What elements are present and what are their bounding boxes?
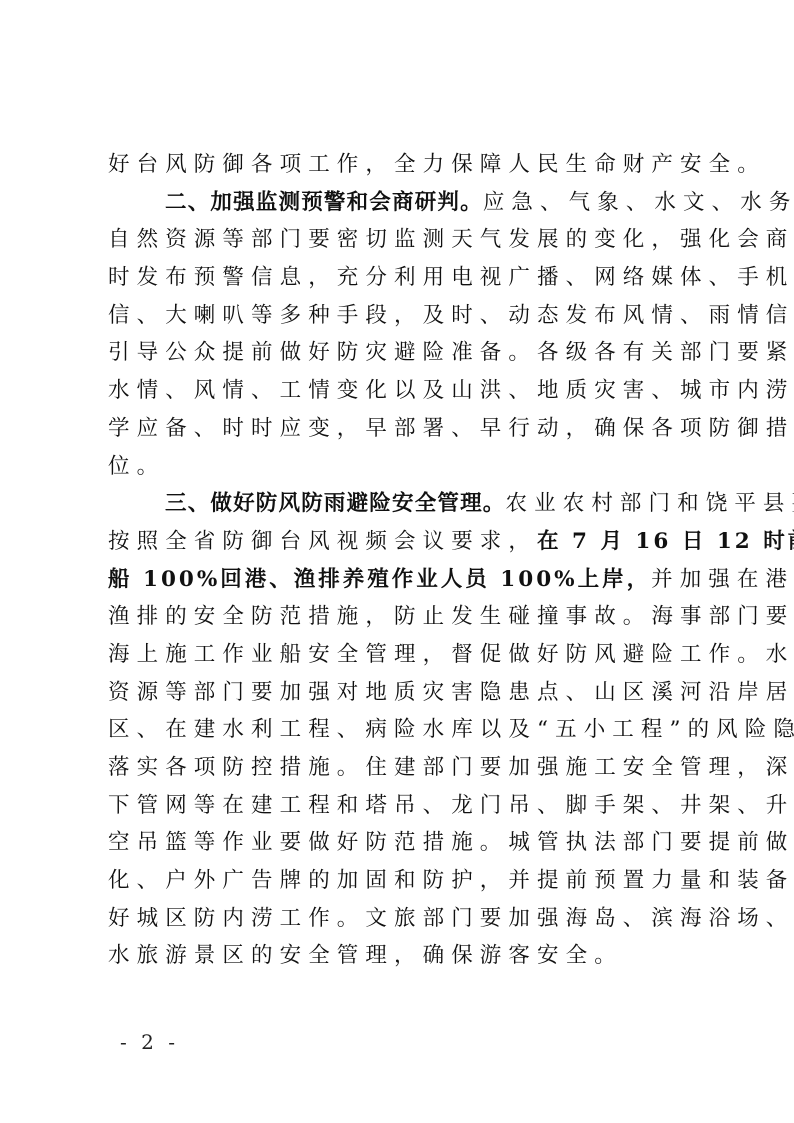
body-text: 自然资源等部门要密切监测天气发展的变化，强化会商研判，及	[108, 227, 794, 252]
text-line: 落实各项防控措施。住建部门要加强施工安全管理，深基坑、地	[108, 749, 714, 787]
body-text: 学应备、时时应变，早部署、早行动，确保各项防御措施落实到	[108, 416, 794, 441]
text-line: 好台风防御各项工作，全力保障人民生命财产安全。	[108, 146, 714, 184]
section-heading: 二、加强监测预警和会商研判。	[165, 190, 483, 215]
text-line: 引导公众提前做好防灾避险准备。各级各有关部门要紧盯雨情、	[108, 334, 714, 372]
body-text: 应急、气象、水文、水务、	[483, 190, 794, 215]
text-line: 好城区防内涝工作。文旅部门要加强海岛、滨海浴场、山区和涉	[108, 900, 714, 938]
body-text: 引导公众提前做好防灾避险准备。各级各有关部门要紧盯雨情、	[108, 340, 794, 365]
body-text: 农业农村部门和饶平县要	[506, 491, 794, 516]
text-line: 三、做好防风防雨避险安全管理。农业农村部门和饶平县要	[108, 485, 714, 523]
text-line: 海上施工作业船安全管理，督促做好防风避险工作。水务、自然	[108, 636, 714, 674]
body-text: 按照全省防御台风视频会议要求，	[108, 529, 537, 554]
page-number: - 2 -	[120, 1030, 179, 1054]
text-line: 水旅游景区的安全管理，确保游客安全。	[108, 937, 714, 975]
body-text: 下管网等在建工程和塔吊、龙门吊、脚手架、井架、升降机、高	[108, 793, 794, 818]
emphasis-text: 在 7 月 16 日 12 时前，全部渔	[537, 529, 794, 554]
text-line: 二、加强监测预警和会商研判。应急、气象、水文、水务、	[108, 184, 714, 222]
body-text: 好城区防内涝工作。文旅部门要加强海岛、滨海浴场、山区和涉	[108, 906, 794, 931]
text-line: 学应备、时时应变，早部署、早行动，确保各项防御措施落实到	[108, 410, 714, 448]
emphasis-text: 船 100%回港、渔排养殖作业人员 100%上岸，	[108, 567, 651, 592]
body-text: 水旅游景区的安全管理，确保游客安全。	[108, 943, 623, 968]
text-line: 渔排的安全防范措施，防止发生碰撞事故。海事部门要加强商船、	[108, 598, 714, 636]
text-line: 信、大喇叭等多种手段，及时、动态发布风情、雨情信息，科学	[108, 297, 714, 335]
body-text: 渔排的安全防范措施，防止发生碰撞事故。海事部门要加强商船、	[108, 604, 794, 629]
body-text: 海上施工作业船安全管理，督促做好防风避险工作。水务、自然	[108, 642, 794, 667]
text-line: 下管网等在建工程和塔吊、龙门吊、脚手架、井架、升降机、高	[108, 787, 714, 825]
body-text: 信、大喇叭等多种手段，及时、动态发布风情、雨情信息，科学	[108, 303, 794, 328]
body-text: 时发布预警信息，充分利用电视广播、网络媒体、手机短信、微	[108, 265, 794, 290]
section-heading: 三、做好防风防雨避险安全管理。	[165, 491, 506, 516]
text-line: 空吊篮等作业要做好防范措施。城管执法部门要提前做好园林绿	[108, 824, 714, 862]
text-line: 按照全省防御台风视频会议要求，在 7 月 16 日 12 时前，全部渔	[108, 523, 714, 561]
body-text: 位。	[108, 454, 165, 479]
document-body: 好台风防御各项工作，全力保障人民生命财产安全。二、加强监测预警和会商研判。应急、…	[108, 146, 714, 975]
body-text: 落实各项防控措施。住建部门要加强施工安全管理，深基坑、地	[108, 755, 794, 780]
body-text: 区、在建水利工程、病险水库以及“五小工程”的风险隐患排查，	[108, 717, 794, 742]
text-line: 化、户外广告牌的加固和防护，并提前预置力量和装备，全力做	[108, 862, 714, 900]
text-line: 区、在建水利工程、病险水库以及“五小工程”的风险隐患排查，	[108, 711, 714, 749]
body-text: 化、户外广告牌的加固和防护，并提前预置力量和装备，全力做	[108, 868, 794, 893]
body-text: 好台风防御各项工作，全力保障人民生命财产安全。	[108, 152, 766, 177]
text-line: 资源等部门要加强对地质灾害隐患点、山区溪河沿岸居民集中	[108, 674, 714, 712]
body-text: 资源等部门要加强对地质灾害隐患点、山区溪河沿岸居民集中	[108, 680, 794, 705]
text-line: 船 100%回港、渔排养殖作业人员 100%上岸，并加强在港船只和	[108, 561, 714, 599]
body-text: 并加强在港船只和	[651, 567, 794, 592]
text-line: 水情、风情、工情变化以及山洪、地质灾害、城市内涝风险，科	[108, 372, 714, 410]
body-text: 空吊篮等作业要做好防范措施。城管执法部门要提前做好园林绿	[108, 830, 794, 855]
text-line: 自然资源等部门要密切监测天气发展的变化，强化会商研判，及	[108, 221, 714, 259]
text-line: 时发布预警信息，充分利用电视广播、网络媒体、手机短信、微	[108, 259, 714, 297]
text-line: 位。	[108, 448, 714, 486]
body-text: 水情、风情、工情变化以及山洪、地质灾害、城市内涝风险，科	[108, 378, 794, 403]
